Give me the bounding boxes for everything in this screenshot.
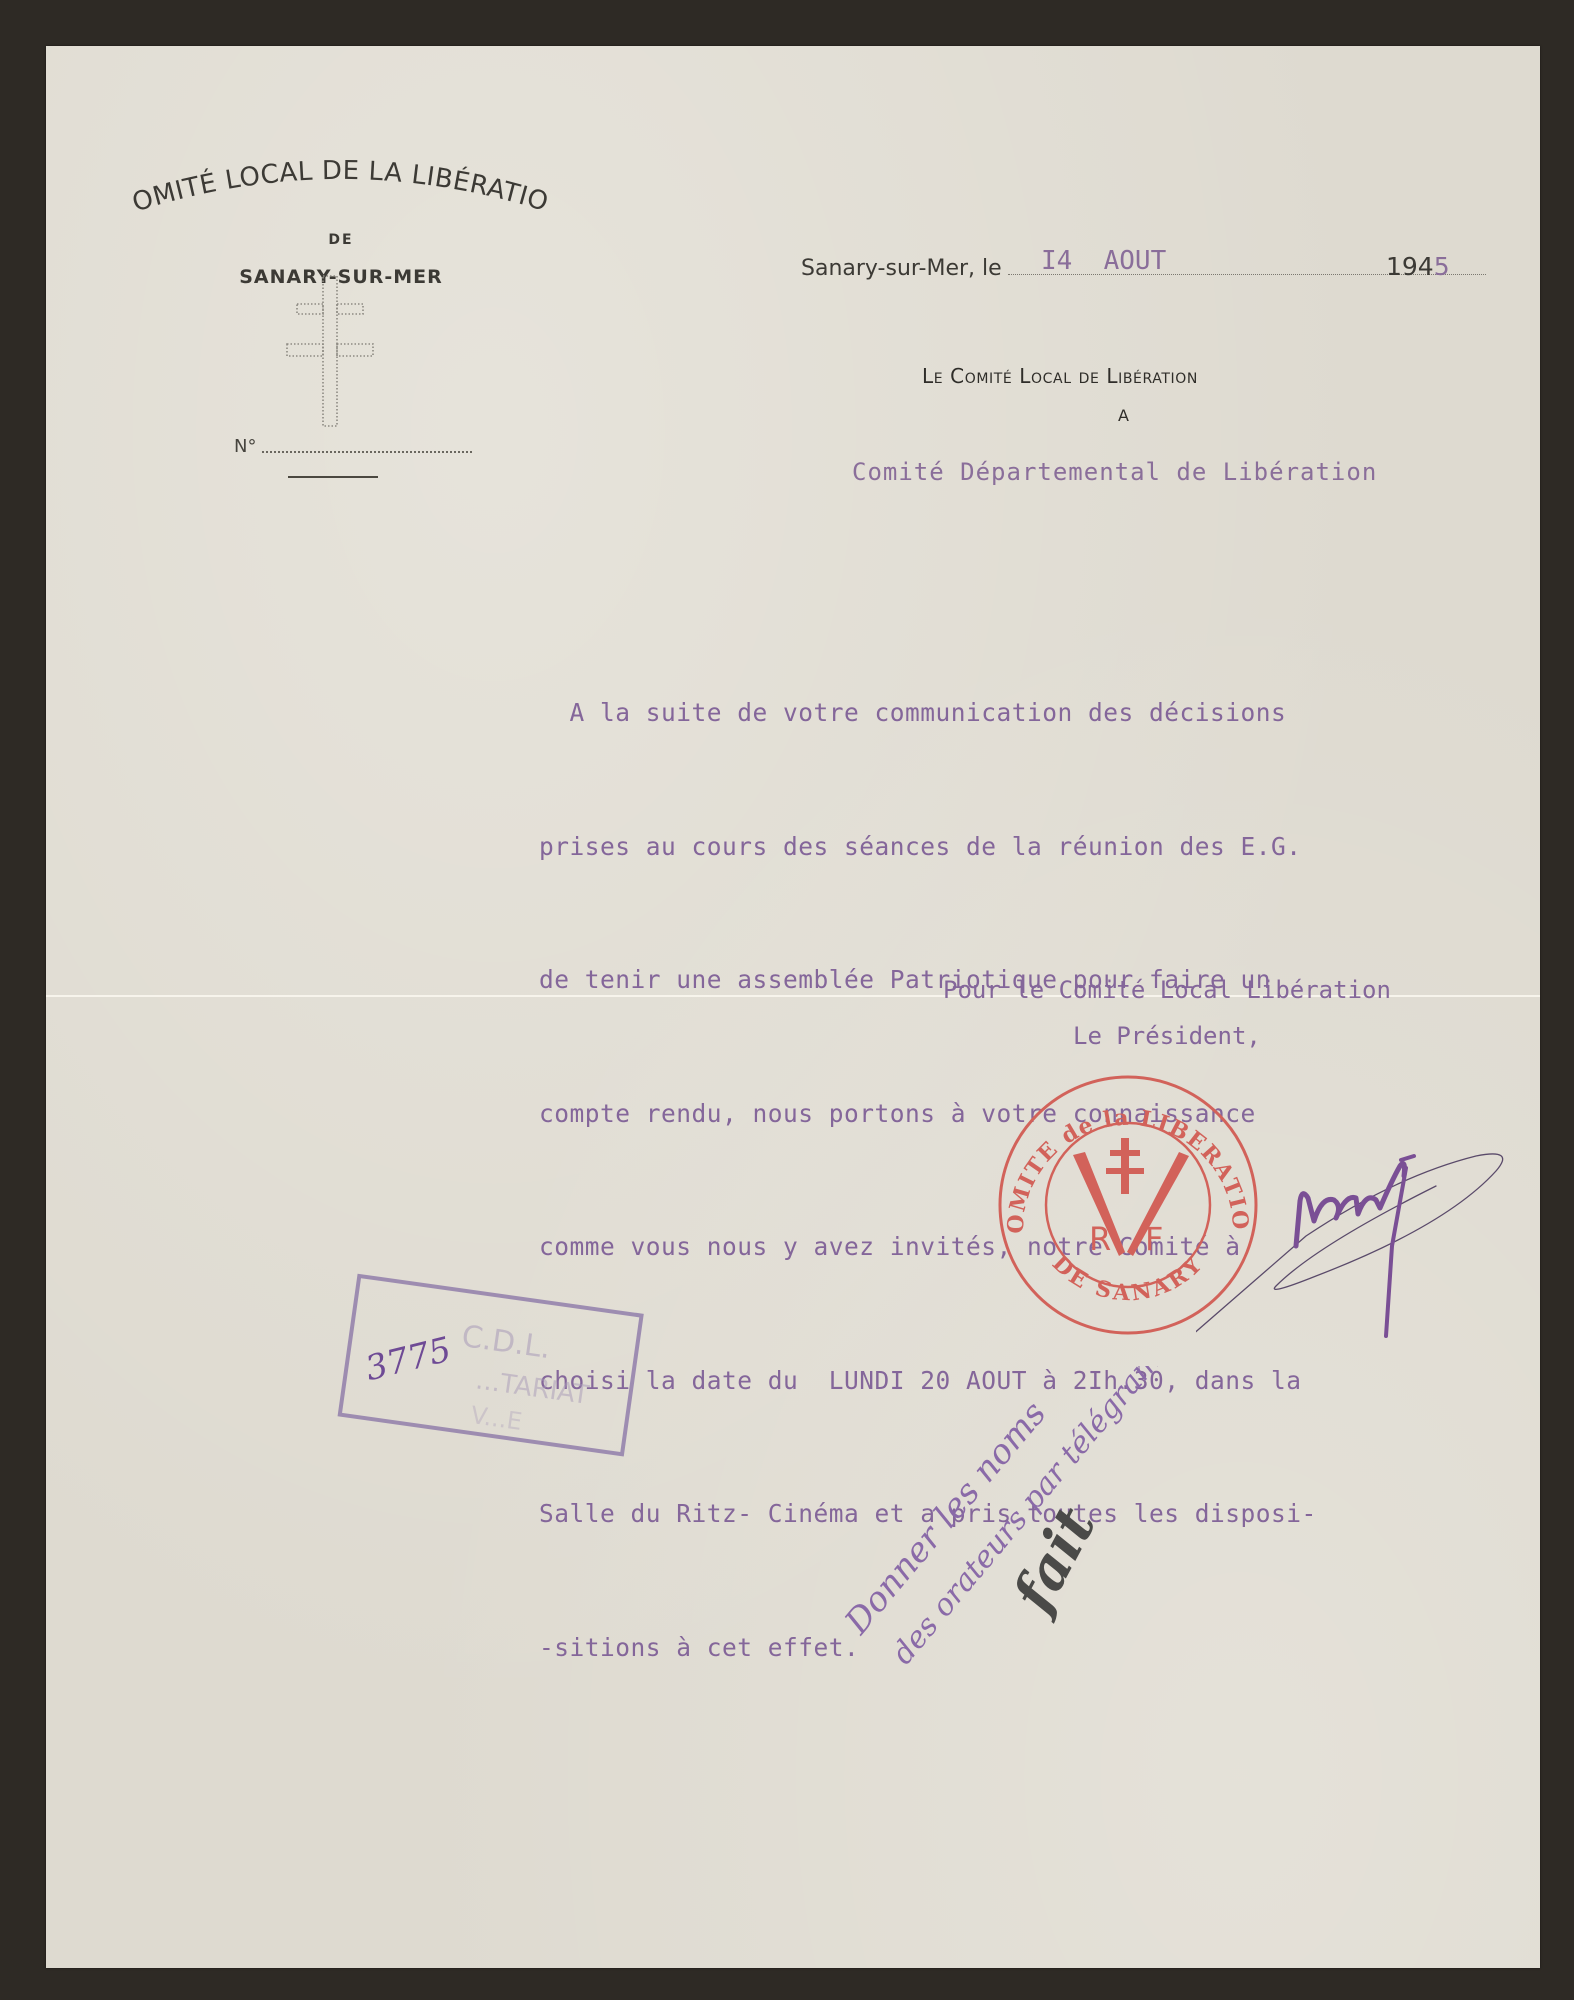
date-year: 1945 (1386, 252, 1450, 281)
date-year-printed: 194 (1386, 252, 1434, 281)
reception-stamp: C.D.L. ...TARIAT V...E 3775 (326, 1266, 666, 1496)
date-day-month: I4 AOUT (1041, 246, 1166, 276)
svg-text:DE SANARY: DE SANARY (1047, 1250, 1209, 1306)
letterhead-title: COMITÉ LOCAL DE LA LIBÉRATION (131, 138, 551, 225)
closing-line-1: Pour le Comité Local Libération (943, 976, 1391, 1004)
body-line: A la suite de votre communication des dé… (539, 691, 1539, 736)
president-signature (1196, 1126, 1516, 1376)
cross-of-lorraine-icon (281, 274, 381, 434)
svg-text:COMITÉ LOCAL DE LA LIBÉRATION: COMITÉ LOCAL DE LA LIBÉRATION (131, 138, 551, 218)
stamp-handwritten-number: 3775 (362, 1330, 456, 1390)
letter-page: COMITÉ LOCAL DE LA LIBÉRATION DE SANARY-… (46, 46, 1540, 1968)
body-line: prises au cours des séances de la réunio… (539, 825, 1539, 870)
letterhead-arc-text: COMITÉ LOCAL DE LA LIBÉRATION (131, 138, 551, 218)
stamp-line-1: C.D.L. (459, 1319, 552, 1366)
reference-number-field (262, 451, 472, 453)
recipient-line: Comité Départemental de Libération (852, 458, 1377, 486)
seal-letter-r: R (1089, 1220, 1111, 1258)
stamp-line-3: V...E (469, 1401, 524, 1436)
closing-line-2: Le Président, (1073, 1022, 1261, 1050)
date-place-prefix: Sanary-sur-Mer, le (801, 256, 1002, 281)
letterhead-de: DE (131, 232, 551, 248)
handwritten-annotation: Donner les noms des orateurs par télégra… (806, 1366, 1246, 1686)
to-preposition: A (1118, 406, 1129, 425)
sender-line: Le Comité Local de Libération (922, 364, 1198, 388)
reference-underline (288, 476, 378, 478)
date-year-typed: 5 (1434, 252, 1450, 281)
reference-number-label: N° (234, 436, 256, 457)
seal-letter-f: F (1145, 1220, 1163, 1258)
